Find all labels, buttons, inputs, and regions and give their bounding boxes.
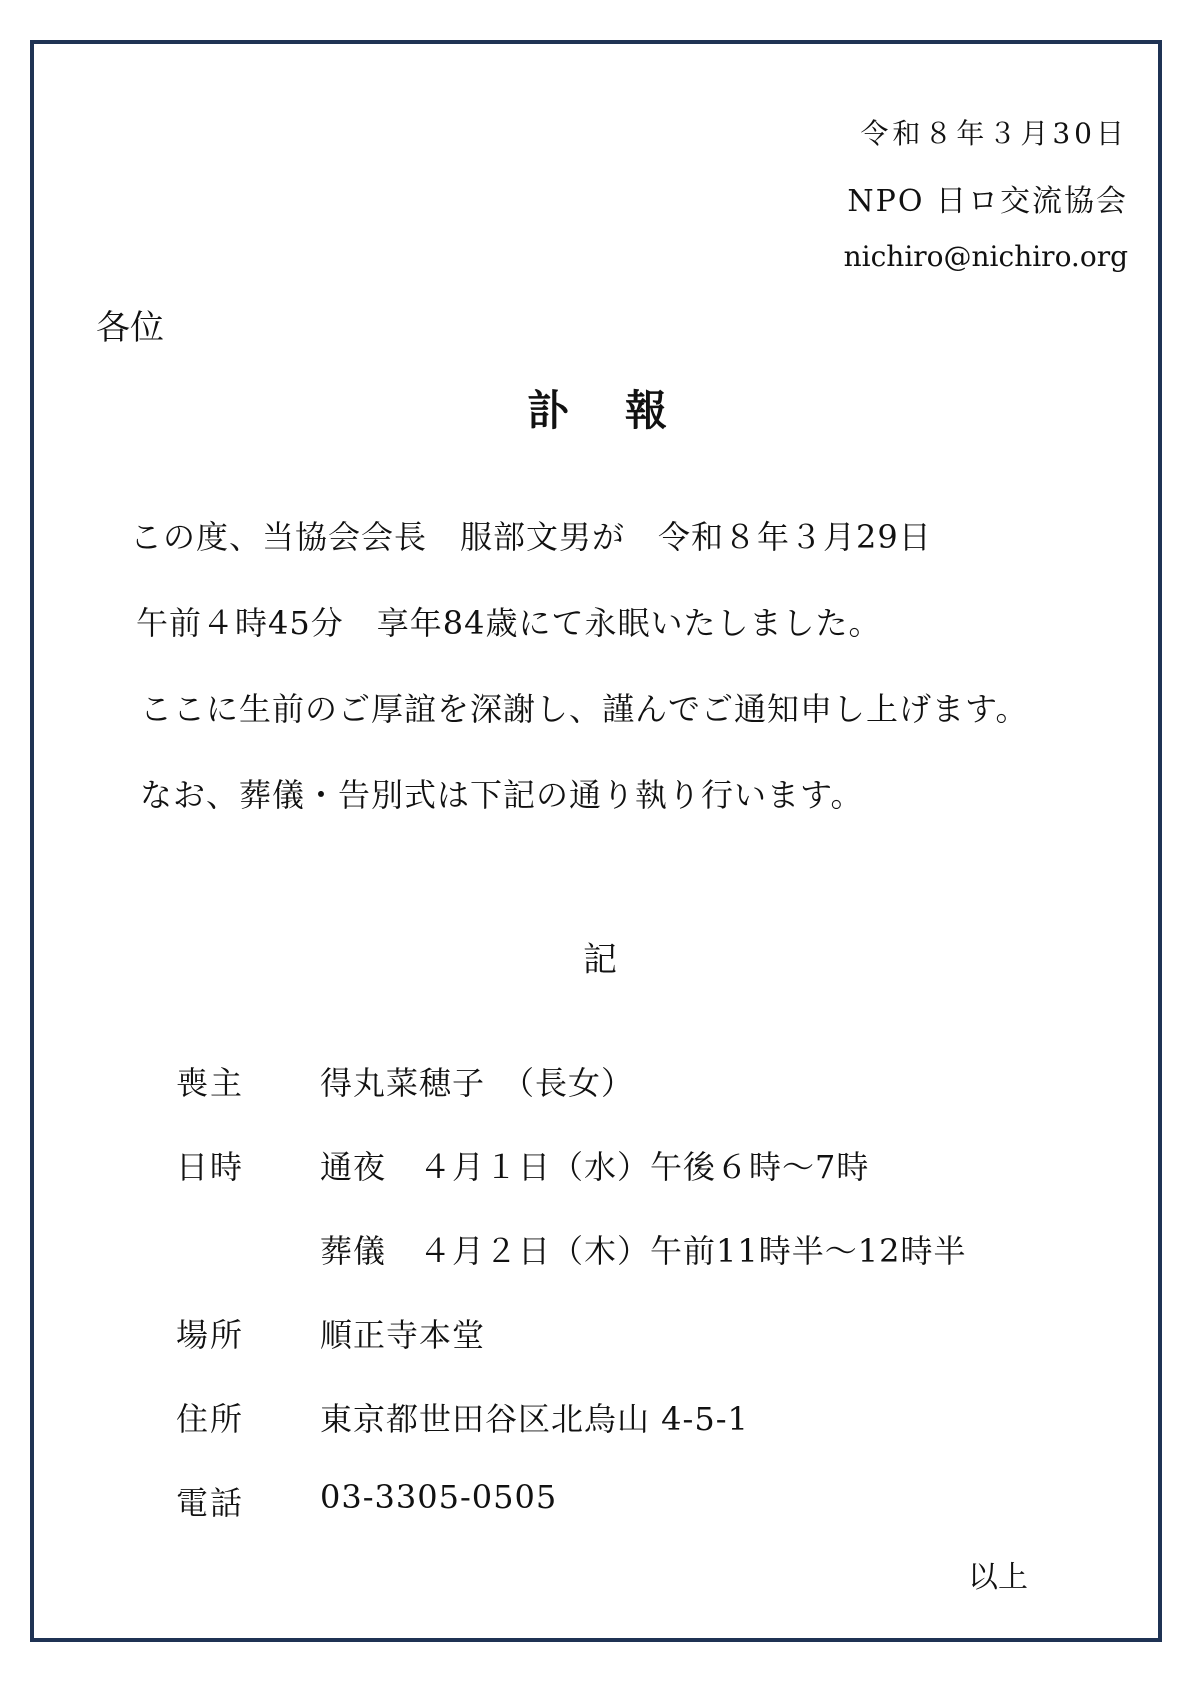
detail-value-wake: 通夜 ４月１日（水）午後６時～7時 — [320, 1142, 869, 1188]
addressee: 各位 — [96, 300, 164, 349]
detail-value-chief-mourner: 得丸菜穂子 （長女） — [320, 1058, 634, 1104]
body-line: ここに生前のご厚誼を深謝し、謹んでご通知申し上げます。 — [140, 684, 1028, 730]
title-char-2: 報 — [625, 386, 673, 435]
notice-date: 令和８年３月30日 — [860, 112, 1128, 152]
detail-value-venue: 順正寺本堂 — [320, 1310, 485, 1356]
detail-label-address: 住所 — [176, 1394, 244, 1440]
body-line: 午前４時45分 享年84歳にて永眠いたしました。 — [136, 598, 881, 644]
detail-value-address: 東京都世田谷区北烏山 4-5-1 — [320, 1394, 749, 1440]
body-line: なお、葬儀・告別式は下記の通り執り行います。 — [140, 770, 863, 816]
ki-heading: 記 — [0, 932, 1200, 981]
title-char-1: 訃 — [527, 386, 575, 435]
detail-label-chief-mourner: 喪主 — [176, 1058, 244, 1104]
detail-value-phone: 03-3305-0505 — [320, 1478, 557, 1516]
detail-label-phone: 電話 — [176, 1478, 244, 1524]
detail-label-venue: 場所 — [176, 1310, 244, 1356]
document-title: 訃報 — [0, 378, 1200, 438]
closing-remark: 以上 — [968, 1552, 1028, 1596]
body-line: この度、当協会会長 服部文男が 令和８年３月29日 — [130, 512, 932, 558]
organization-name: NPO 日ロ交流協会 — [847, 176, 1128, 220]
organization-email: nichiro@nichiro.org — [844, 240, 1128, 273]
detail-value-funeral: 葬儀 ４月２日（木）午前11時半～12時半 — [320, 1226, 966, 1272]
detail-label-datetime: 日時 — [176, 1142, 244, 1188]
